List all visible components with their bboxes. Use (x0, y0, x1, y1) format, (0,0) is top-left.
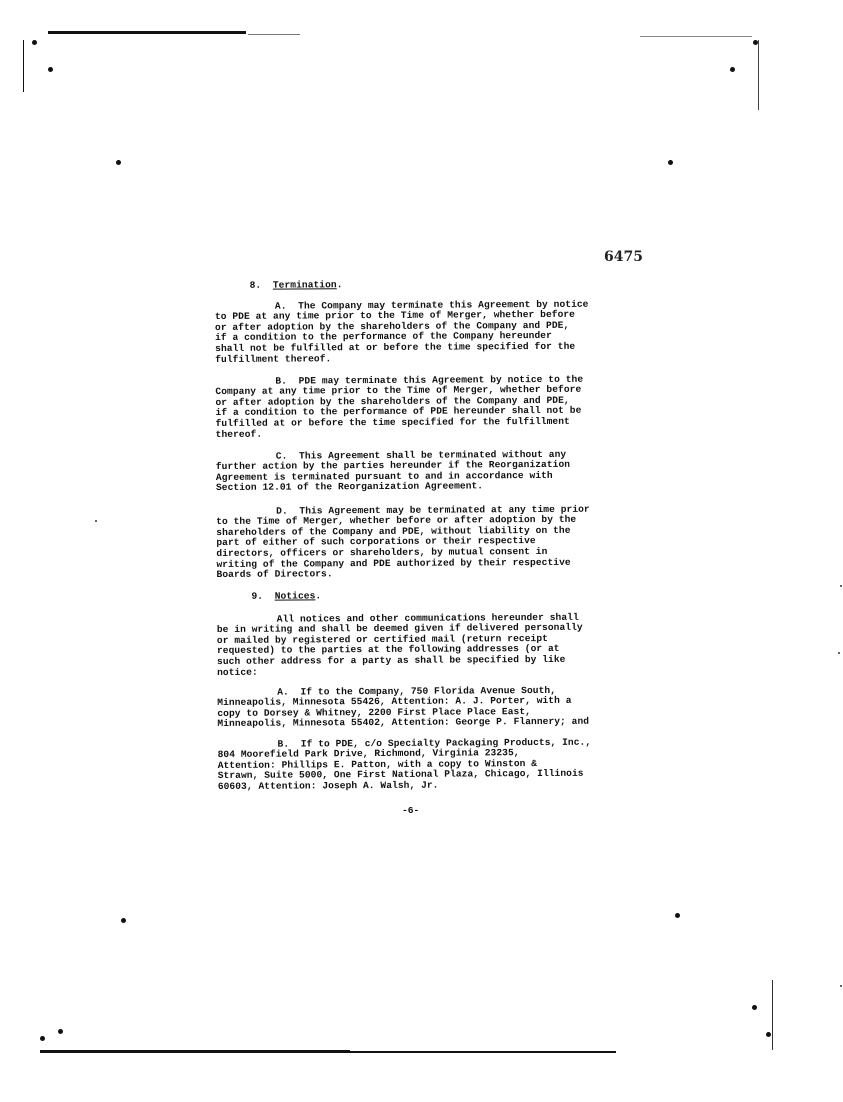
paragraph-9a: A. If to the Company, 750 Florida Avenue… (217, 675, 622, 730)
paragraph-label: A. (275, 300, 287, 311)
scan-speck (95, 520, 97, 522)
scan-speck (838, 652, 840, 654)
section-title: Termination (273, 279, 337, 290)
punch-hole (752, 1005, 757, 1010)
paragraph-text: PDE may terminate this Agreement by noti… (215, 373, 583, 439)
paragraph-label: C. (276, 450, 288, 461)
paragraph-8d: D. This Agreement may be terminated at a… (216, 494, 622, 581)
top-border-scan-line-faint (248, 34, 300, 35)
section-number: 9. (251, 590, 263, 601)
punch-hole (730, 67, 735, 72)
scanned-document-page: 6475 8. Termination. A. The Company may … (0, 0, 843, 1102)
paragraph-label: B. (275, 375, 287, 386)
punch-hole (116, 160, 121, 165)
section-number: 8. (250, 279, 262, 290)
punch-hole (766, 1032, 771, 1037)
right-border-scan-line (758, 40, 759, 110)
punch-hole (40, 1036, 45, 1041)
paragraph-text: All notices and other communications her… (217, 611, 583, 677)
right-border-lower-scan-line (772, 980, 773, 1050)
punch-hole (675, 913, 680, 918)
scan-speck (840, 585, 842, 587)
left-border-scan-line (23, 40, 24, 92)
paragraph-8b: B. PDE may terminate this Agreement by n… (215, 364, 620, 441)
paragraph-label: D. (276, 505, 288, 516)
punch-hole (32, 40, 37, 45)
paragraph-text: This Agreement may be terminated at any … (216, 503, 590, 580)
punch-hole (48, 67, 53, 72)
bates-number: 6475 (604, 249, 643, 265)
section-title: Notices (275, 590, 316, 601)
page-number: -6- (402, 805, 419, 816)
bottom-border-scan-line-right (350, 1051, 616, 1053)
scan-speck (840, 985, 842, 987)
paragraph-9-intro: All notices and other communications her… (217, 602, 622, 679)
paragraph-8c: C. This Agreement shall be terminated wi… (216, 439, 621, 494)
punch-hole (753, 40, 758, 45)
punch-hole (58, 1029, 63, 1034)
punch-hole (668, 160, 673, 165)
paragraph-8a: A. The Company may terminate this Agreem… (215, 289, 620, 366)
paragraph-text: If to the Company, 750 Florida Avenue So… (217, 685, 589, 730)
top-border-scan-line (48, 31, 246, 34)
paragraph-label: A. (277, 686, 289, 697)
paragraph-text: This Agreement shall be terminated witho… (216, 448, 570, 493)
top-right-border-scan-line (640, 36, 752, 37)
paragraph-label: B. (278, 738, 290, 749)
punch-hole (121, 918, 126, 923)
paragraph-text: If to PDE, c/o Specialty Packaging Produ… (218, 736, 592, 792)
paragraph-text: The Company may terminate this Agreement… (215, 298, 589, 364)
bottom-border-scan-line (40, 1050, 350, 1053)
paragraph-9b: B. If to PDE, c/o Specialty Packaging Pr… (217, 727, 622, 793)
